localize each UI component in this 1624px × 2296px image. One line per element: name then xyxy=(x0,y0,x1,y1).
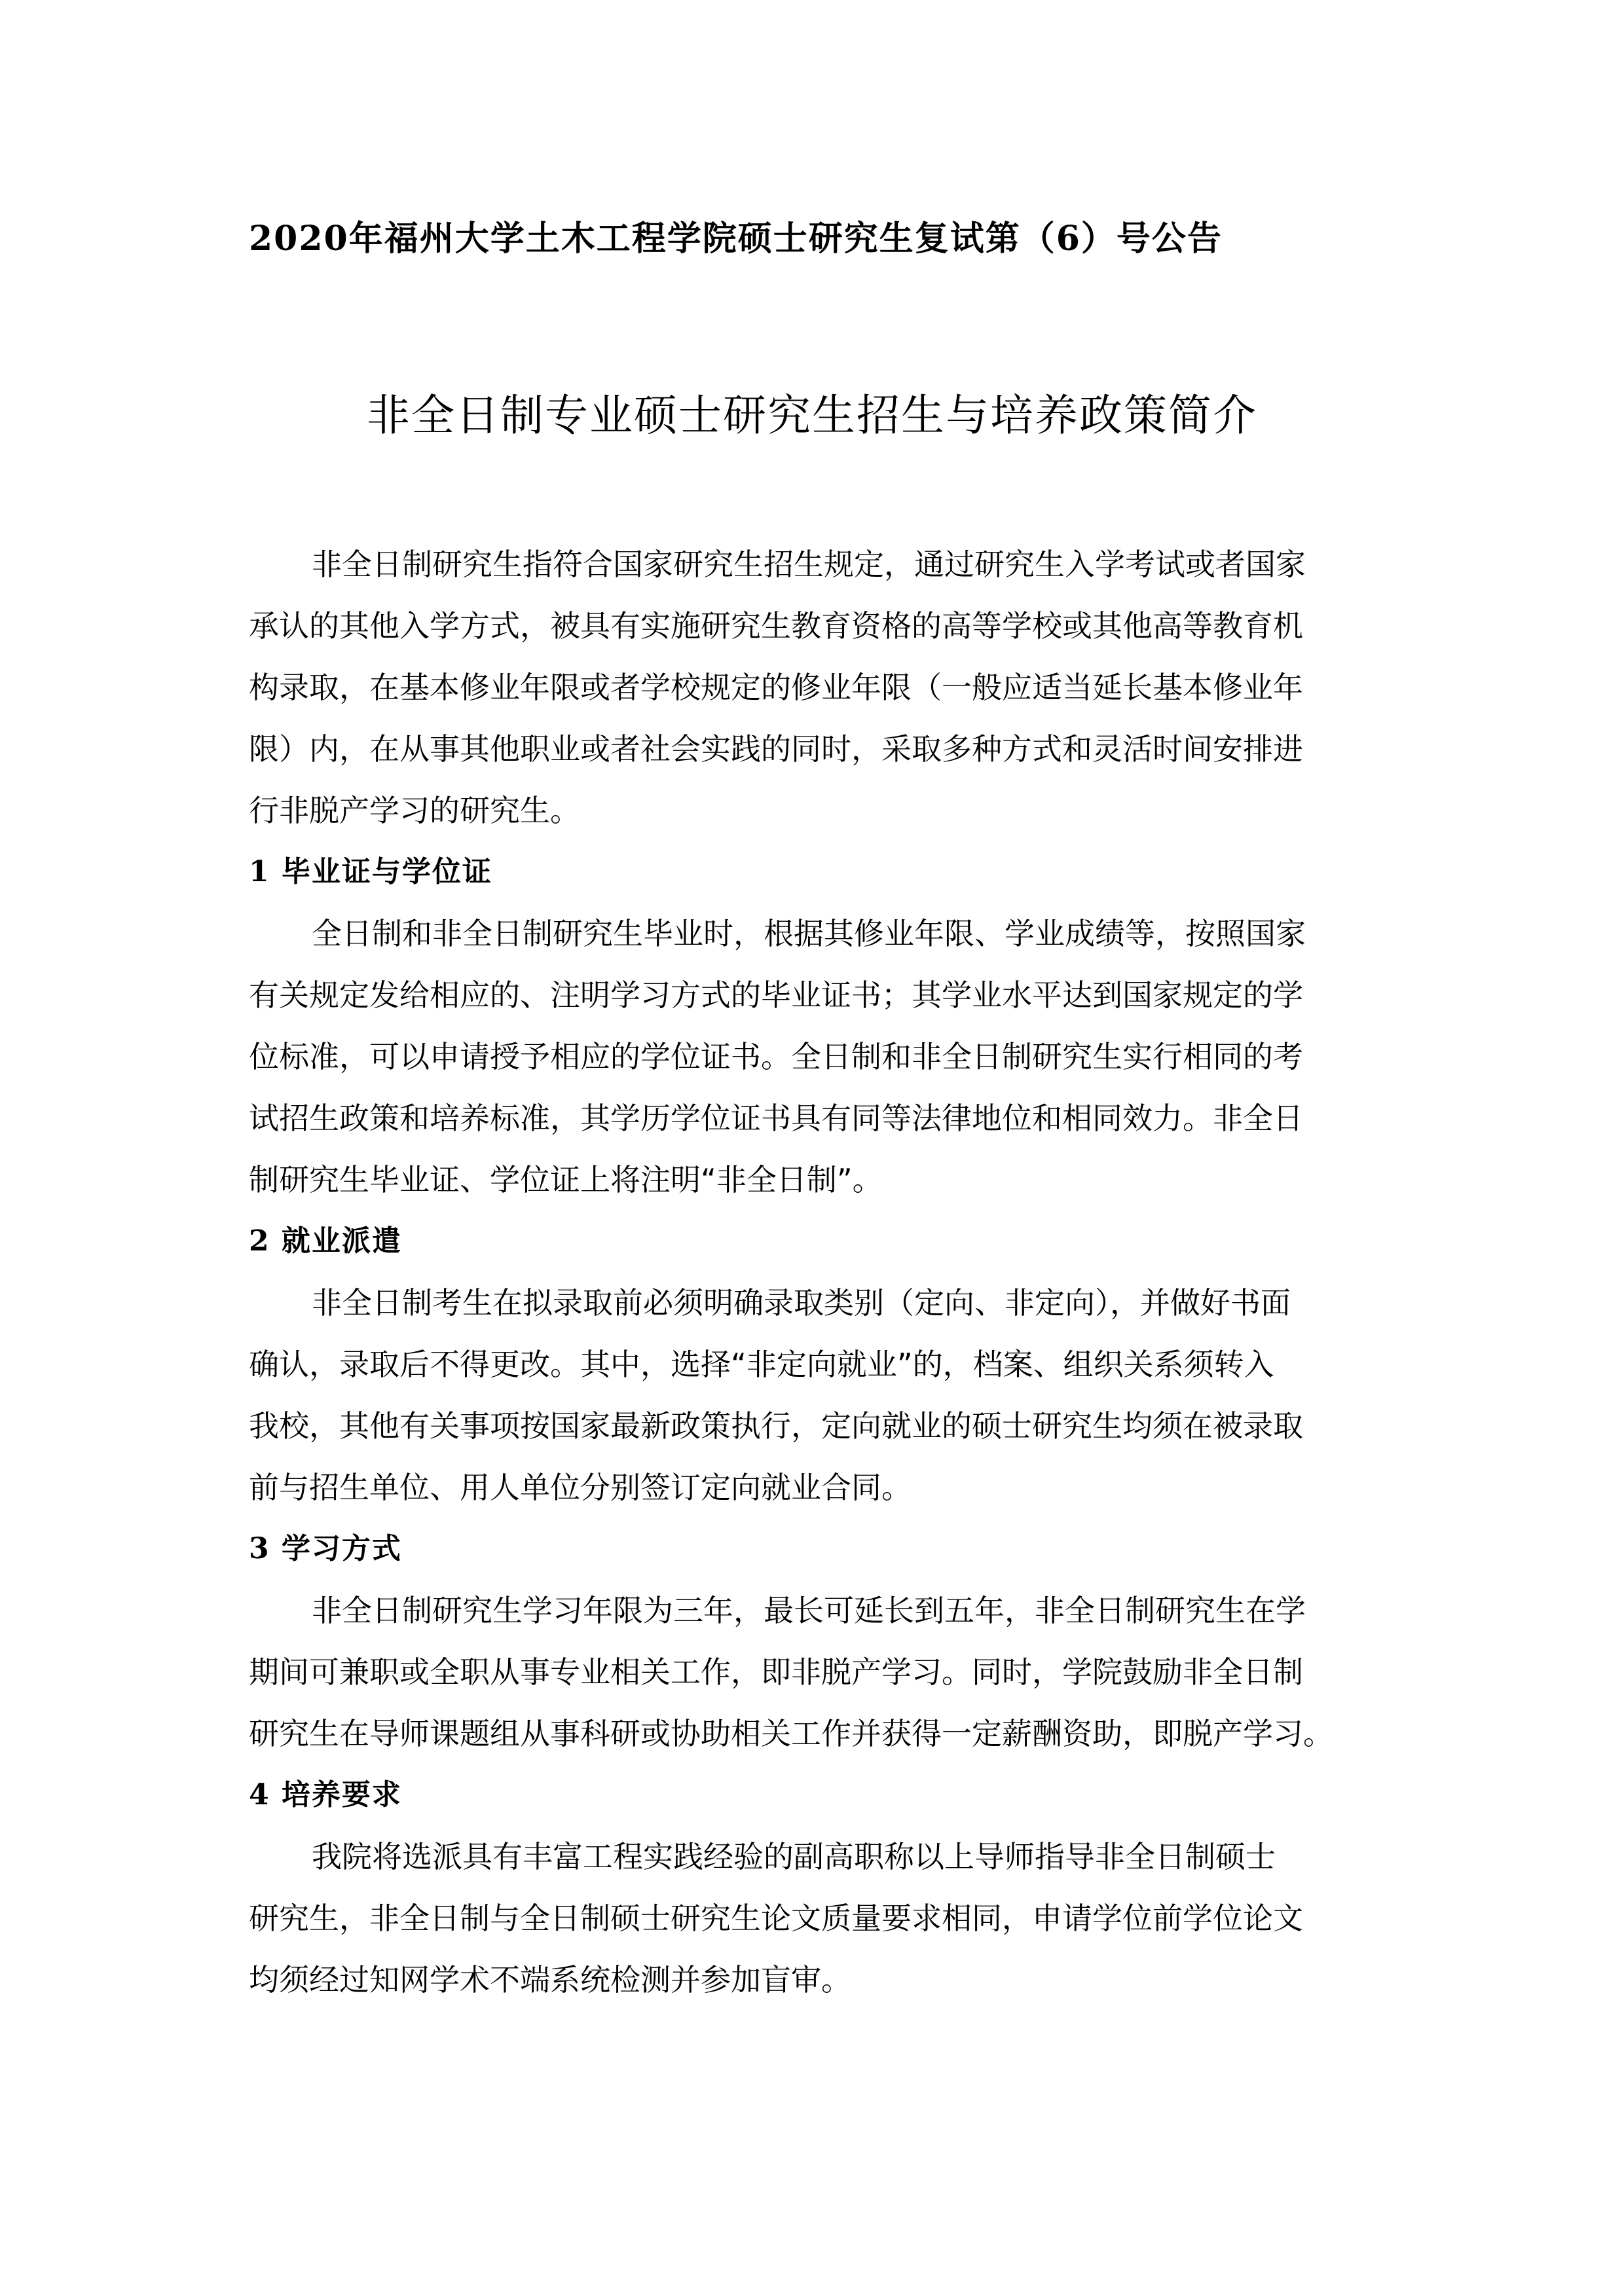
text-line: 承认的其他入学方式，被具有实施研究生教育资格的高等学校或其他高等教育机 xyxy=(249,595,1375,657)
text-line: 研究生在导师课题组从事科研或协助相关工作并获得一定薪酬资助，即脱产学习。 xyxy=(249,1703,1375,1764)
text-line: 位标准，可以申请授予相应的学位证书。全日制和非全日制研究生实行相同的考 xyxy=(249,1026,1375,1087)
document-body: 非全日制研究生指符合国家研究生招生规定，通过研究生入学考试或者国家 承认的其他入… xyxy=(249,534,1375,2011)
document-title: 非全日制专业硕士研究生招生与培养政策简介 xyxy=(0,386,1624,445)
text-line: 试招生政策和培养标准，其学历学位证书具有同等法律地位和相同效力。非全日 xyxy=(249,1087,1375,1149)
announcement-title: 2020年福州大学土木工程学院硕士研究生复试第（6）号公告 xyxy=(249,216,1362,262)
text-line: 构录取，在基本修业年限或者学校规定的修业年限（一般应适当延长基本修业年 xyxy=(249,657,1375,718)
text-line: 均须经过知网学术不端系统检测并参加盲审。 xyxy=(249,1949,1375,2011)
text-line: 我院将选派具有丰富工程实践经验的副高职称以上导师指导非全日制硕士 xyxy=(249,1826,1375,1887)
section-heading: 2 就业派遣 xyxy=(249,1211,1375,1272)
text-line: 全日制和非全日制研究生毕业时，根据其修业年限、学业成绩等，按照国家 xyxy=(249,903,1375,964)
text-line: 有关规定发给相应的、注明学习方式的毕业证书；其学业水平达到国家规定的学 xyxy=(249,964,1375,1026)
text-line: 制研究生毕业证、学位证上将注明“非全日制”。 xyxy=(249,1149,1375,1211)
text-line: 非全日制研究生指符合国家研究生招生规定，通过研究生入学考试或者国家 xyxy=(249,534,1375,595)
section-training-requirements: 4 培养要求 我院将选派具有丰富工程实践经验的副高职称以上导师指导非全日制硕士 … xyxy=(249,1764,1375,2011)
text-line: 非全日制考生在拟录取前必须明确录取类别（定向、非定向），并做好书面 xyxy=(249,1272,1375,1334)
section-heading: 3 学习方式 xyxy=(249,1518,1375,1580)
text-line: 非全日制研究生学习年限为三年，最长可延长到五年，非全日制研究生在学 xyxy=(249,1580,1375,1641)
text-line: 行非脱产学习的研究生。 xyxy=(249,780,1375,841)
intro-paragraph: 非全日制研究生指符合国家研究生招生规定，通过研究生入学考试或者国家 承认的其他入… xyxy=(249,534,1375,841)
document-page: 2020年福州大学土木工程学院硕士研究生复试第（6）号公告 非全日制专业硕士研究… xyxy=(0,0,1624,2296)
text-line: 我校，其他有关事项按国家最新政策执行，定向就业的硕士研究生均须在被录取 xyxy=(249,1395,1375,1457)
section-study-mode: 3 学习方式 非全日制研究生学习年限为三年，最长可延长到五年，非全日制研究生在学… xyxy=(249,1518,1375,1764)
text-line: 前与招生单位、用人单位分别签订定向就业合同。 xyxy=(249,1457,1375,1518)
section-diploma-degree: 1 毕业证与学位证 全日制和非全日制研究生毕业时，根据其修业年限、学业成绩等，按… xyxy=(249,841,1375,1211)
section-heading: 4 培养要求 xyxy=(249,1764,1375,1826)
text-line: 限）内，在从事其他职业或者社会实践的同时，采取多种方式和灵活时间安排进 xyxy=(249,718,1375,780)
section-employment-dispatch: 2 就业派遣 非全日制考生在拟录取前必须明确录取类别（定向、非定向），并做好书面… xyxy=(249,1211,1375,1518)
section-heading: 1 毕业证与学位证 xyxy=(249,841,1375,903)
text-line: 研究生，非全日制与全日制硕士研究生论文质量要求相同，申请学位前学位论文 xyxy=(249,1887,1375,1949)
text-line: 确认，录取后不得更改。其中，选择“非定向就业”的，档案、组织关系须转入 xyxy=(249,1334,1375,1395)
text-line: 期间可兼职或全职从事专业相关工作，即非脱产学习。同时，学院鼓励非全日制 xyxy=(249,1641,1375,1703)
